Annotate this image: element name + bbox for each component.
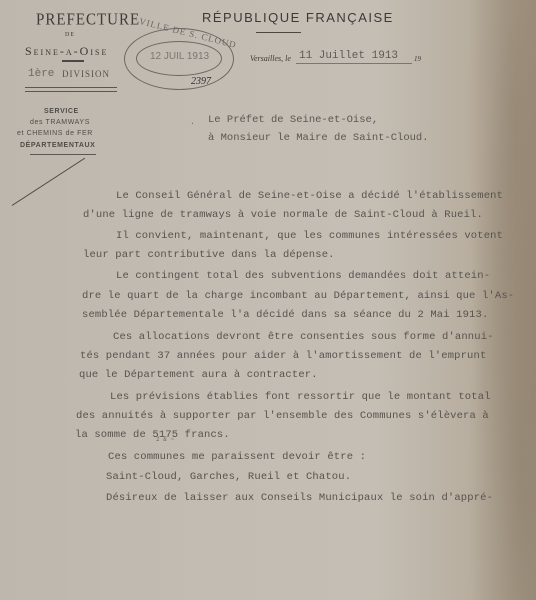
body-line: Les prévisions établies font ressortir q… xyxy=(110,391,491,403)
ornament-divider xyxy=(62,60,84,62)
body-line: Saint-Cloud, Garches, Rueil et Chatou. xyxy=(106,471,351,483)
prefecture-title: PREFECTURE xyxy=(36,11,140,31)
body-line: Ces allocations devront être consenties … xyxy=(113,331,494,343)
dateline-suffix: 19 xyxy=(414,55,421,63)
dateline-value: 11 Juillet 1913 xyxy=(299,50,398,62)
division-number: 1ère xyxy=(28,68,54,80)
body-line: Il convient, maintenant, que les commune… xyxy=(116,230,503,242)
recipient-line: à Monsieur le Maire de Saint-Cloud. xyxy=(208,132,429,144)
body-line: Ces communes me paraissent devoir être : xyxy=(108,451,366,463)
sender-line: Le Préfet de Seine-et-Oise, xyxy=(208,114,378,126)
service-stamp-line: DÉPARTEMENTAUX xyxy=(20,142,95,149)
body-line: Le contingent total des subventions dema… xyxy=(116,270,490,282)
margin-pen-stroke xyxy=(12,158,86,206)
body-line: Le Conseil Général de Seine-et-Oise a dé… xyxy=(116,190,503,202)
body-line: tés pendant 37 années pour aider à l'amo… xyxy=(80,350,486,362)
body-line: leur part contributive dans la dépense. xyxy=(83,249,335,261)
received-stamp-date: 12 JUIL 1913 xyxy=(150,51,209,62)
body-line: semblée Départementale l'a décidé dans s… xyxy=(82,309,488,321)
handwritten-annotation: 1 & ~ xyxy=(156,436,174,443)
margin-dot: . xyxy=(190,118,195,127)
division-label: DIVISION xyxy=(62,69,110,79)
body-line: Désireux de laisser aux Conseils Municip… xyxy=(106,492,493,504)
service-stamp-line: des TRAMWAYS xyxy=(30,119,90,126)
dateline-underline xyxy=(296,63,412,64)
registration-number: 2397 xyxy=(191,76,211,87)
service-stamp-rule xyxy=(30,154,96,155)
body-line: dre le quart de la charge incombant au D… xyxy=(82,290,514,302)
prefecture-department: Seine-a-Oise xyxy=(25,44,108,59)
letterhead-double-rule xyxy=(25,87,117,92)
service-stamp-line: et CHEMINS de FER xyxy=(17,130,93,137)
prefecture-de: DE xyxy=(65,32,75,38)
service-stamp-line: SERVICE xyxy=(44,108,79,115)
body-line: que le Département aura à contracter. xyxy=(79,369,318,381)
republic-title: RÉPUBLIQUE FRANÇAISE xyxy=(202,10,394,25)
body-line: des annuités à supporter par l'ensemble … xyxy=(76,410,489,422)
republic-rule xyxy=(256,32,301,33)
dateline-label: Versailles, le xyxy=(250,54,291,63)
body-line: d'une ligne de tramways à voie normale d… xyxy=(83,209,483,221)
body-line: la somme de 5175 francs. xyxy=(75,429,230,441)
